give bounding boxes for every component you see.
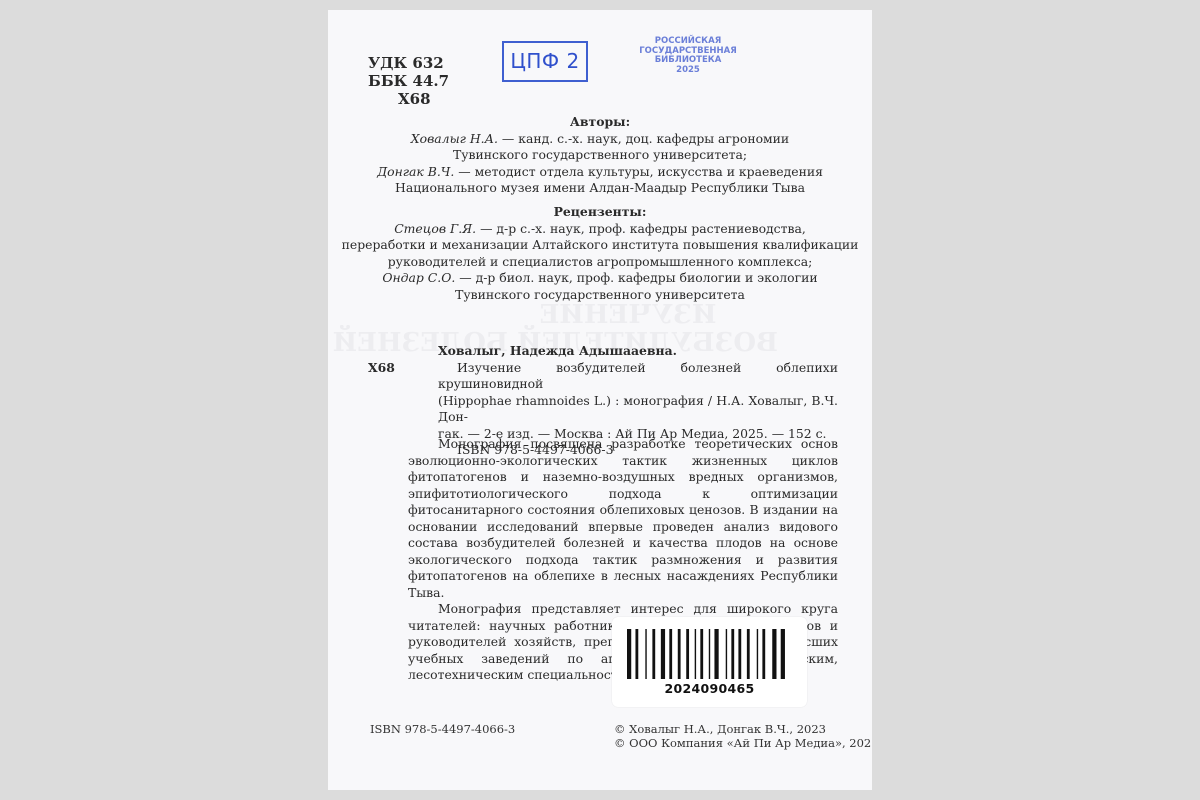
barcode-icon	[627, 629, 792, 679]
author-affiliation: Тувинского государственного университета…	[328, 147, 872, 164]
copyright: © Ховалыг Н.А., Донгак В.Ч., 2023 © ООО …	[614, 722, 872, 750]
reviewer-affiliation: переработки и механизации Алтайского инс…	[328, 237, 872, 254]
catalog-mark: Х68	[368, 360, 438, 393]
copyright-publisher: © ООО Компания «Ай Пи Ар Медиа», 2025	[614, 736, 872, 750]
reviewer-affiliation: руководителей и специалистов агропромышл…	[328, 254, 872, 271]
barcode-number: 2024090465	[612, 681, 807, 696]
author-name: Ховалыг Н.А.	[411, 131, 498, 146]
author-affiliation: Национального музея имени Алдан-Маадыр Р…	[328, 180, 872, 197]
reviewers-block: Рецензенты: Стецов Г.Я. — д-р с.-х. наук…	[328, 204, 872, 303]
library-stamp: РОССИЙСКАЯ ГОСУДАРСТВЕННАЯ БИБЛИОТЕКА 20…	[628, 37, 748, 75]
classification-codes: УДК 632 ББК 44.7 Х68	[368, 54, 449, 108]
reviewer-entry: Стецов Г.Я. — д-р с.-х. наук, проф. кафе…	[328, 221, 872, 238]
reviewers-heading: Рецензенты:	[328, 204, 872, 221]
title-page-verso: ИЗУЧЕНИЕ ВОЗБУДИТЕЛЕЙ БОЛЕЗНЕЙ УДК 632 Б…	[328, 10, 872, 790]
author-entry: Донгак В.Ч. — методист отдела культуры, …	[328, 164, 872, 181]
author-name: Донгак В.Ч.	[377, 164, 454, 179]
authors-heading: Авторы:	[328, 114, 872, 131]
reviewer-name: Ондар С.О.	[382, 270, 455, 285]
udk-code: УДК 632	[368, 54, 449, 72]
catalog-description: (Hippophae rhamnoides L.) : монография /…	[368, 393, 838, 426]
author-mark: Х68	[368, 90, 449, 108]
reviewer-affiliation: Тувинского государственного университета	[328, 287, 872, 304]
footer-isbn: ISBN 978-5-4497-4066-3	[370, 722, 515, 736]
catalog-title: Изучение возбудителей болезней облепихи …	[438, 360, 838, 393]
abstract-paragraph: Монография посвящена разработке теоретич…	[408, 436, 838, 601]
show-through-text: ИЗУЧЕНИЕ	[478, 300, 778, 330]
copyright-authors: © Ховалыг Н.А., Донгак В.Ч., 2023	[614, 722, 872, 736]
author-entry: Ховалыг Н.А. — канд. с.-х. наук, доц. ка…	[328, 131, 872, 148]
library-stamp-year: 2025	[628, 66, 748, 76]
cpf-stamp: ЦПФ 2	[502, 41, 588, 82]
barcode-label: 2024090465	[612, 617, 807, 707]
reviewer-name: Стецов Г.Я.	[394, 221, 476, 236]
bbk-code: ББК 44.7	[368, 72, 449, 90]
reviewer-entry: Ондар С.О. — д-р биол. наук, проф. кафед…	[328, 270, 872, 287]
catalog-author: Ховалыг, Надежда Адышааевна.	[368, 343, 838, 360]
authors-block: Авторы: Ховалыг Н.А. — канд. с.-х. наук,…	[328, 114, 872, 197]
